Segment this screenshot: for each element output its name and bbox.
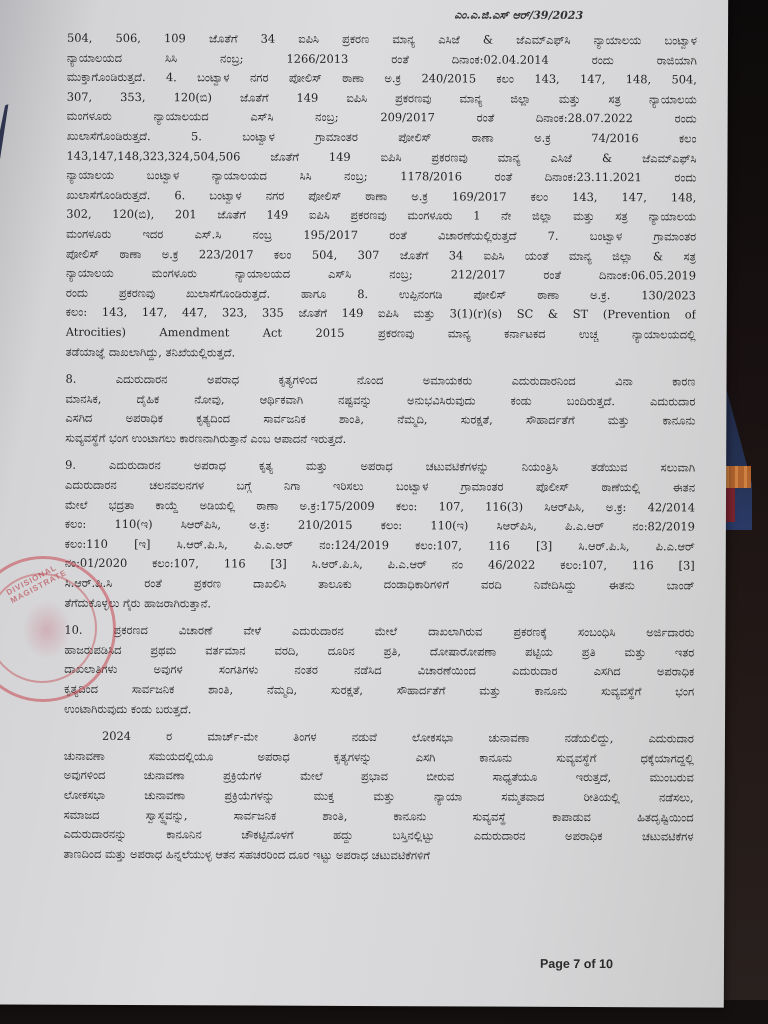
seal-emblem-icon [22, 600, 72, 660]
text-line: ಲೋಕಸಭಾ ಚುನಾವಣಾ ಪ್ರಕ್ರಿಯೆಗಳನ್ನು ಮುಕ್ತ ಮತ್… [64, 786, 694, 808]
text-line: ನ್ಯಾಯಾಲಯದ ಸಿಸಿ ನಂಬ್ರ; 1266/2013 ರಂತೆ ದಿನ… [67, 48, 697, 70]
text-line: ನ್ಯಾಯಾಲಯ ಬಂಟ್ವಾಳ ನ್ಯಾಯಾಲಯದ ಸಿಸಿ ನಂಬ್ರ; 1… [66, 166, 696, 188]
text-line: 8. ಎದುರುದಾರನ ಅಪರಾಧ ಕೃತ್ಯಗಳಿಂದ ನೊಂದ ಅಮಾಯಕ… [65, 370, 695, 392]
page-fold-shadow [0, 62, 14, 172]
text-line: ಕಲಂ: 143, 147, 447, 323, 335 ಜೊತೆಗೆ 149 … [66, 303, 696, 325]
text-line: ಮುಕ್ತಾಗೊಂಡಿರುತ್ತದೆ. 4. ಬಂಟ್ವಾಳ ನಗರ ಪೋಲಿಸ… [67, 68, 697, 90]
text-line: ಎದುರುದಾರನ ಚಲನವಲನಗಳ ಬಗ್ಗೆ ನಿಗಾ ಇರಿಸಲು ಬಂಟ… [65, 476, 695, 498]
text-line: ಅವುಗಳಿಂದ ಚುನಾವಣಾ ಪ್ರಕ್ರಿಯೆಗಳ ಮೇಲೆ ಪ್ರಭಾವ… [64, 766, 694, 788]
paragraph-9: 9. ಎದುರುದಾರನ ಅಪರಾಧ ಕೃತ್ಯ ಮತ್ತು ಅಪರಾಧ ಚಟು… [65, 456, 696, 615]
text-line: ನಂ:01/2020 ಕಲಂ:107, 116 [3] ಸಿ.ಆರ್.ಪಿ.ಸಿ… [65, 554, 695, 576]
text-line: 10. ಪ್ರಕರಣದ ವಿಚಾರಣೆ ವೇಳೆ ಎದುರುದಾರನ ಮೇಲೆ … [64, 621, 694, 643]
text-line: Atrocities) Amendment Act 2015 ಪ್ರಕರಣವು … [66, 323, 696, 345]
text-line: ಕೃತ್ಯದಿಂದ ಸಾರ್ವಜನಿಕ ಶಾಂತಿ, ನೆಮ್ಮದಿ, ಸುರಕ… [64, 680, 694, 702]
document-page: ಎಂ.ಎ.ಜಿ.ಎಸ್ ಆರ್/39/2023 504, 506, 109 ಜೊ… [0, 0, 728, 1008]
text-line: 2024 ರ ಮಾರ್ಚ್-ಮೇ ತಿಂಗಳ ನಡುವೆ ಲೋಕಸಭಾ ಚುನಾ… [64, 727, 694, 749]
text-line: ಸಿ.ಆರ್.ಪಿ.ಸಿ ರಂತೆ ಪ್ರಕರಣ ದಾಖಲಿಸಿ ತಾಲೂಕು … [65, 574, 695, 596]
paragraph-election: 2024 ರ ಮಾರ್ಚ್-ಮೇ ತಿಂಗಳ ನಡುವೆ ಲೋಕಸಭಾ ಚುನಾ… [63, 727, 694, 867]
text-line: ಉಂಟಾಗಿರುವುದು ಕಂಡು ಬರುತ್ತದೆ. [64, 699, 694, 721]
text-line: ರಂದು ಪ್ರಕರಣವು ಖುಲಾಸೆಗೊಂಡಿರುತ್ತದೆ. ಹಾಗೂ 8… [66, 283, 696, 305]
text-line: ಹಾಜರುಪಡಿಸಿದ ಪ್ರಥಮ ವರ್ತಮಾನ ವರದಿ, ದೂರಿನ ಪ್… [64, 641, 694, 663]
document-body: 504, 506, 109 ಜೊತೆಗೆ 34 ಐಪಿಸಿ ಪ್ರಕರಣ ಮಾನ… [63, 29, 697, 875]
case-reference-number: ಎಂ.ಎ.ಜಿ.ಎಸ್ ಆರ್/39/2023 [454, 8, 583, 23]
text-line: ಚುನಾವಣಾ ಸಮಯದಲ್ಲಿಯೂ ಅಪರಾಧ ಕೃತ್ಯಗಳನ್ನು ಎಸಗ… [64, 747, 694, 769]
text-line: ಮಂಗಳೂರು ಇದರ ಎಸ್.ಸಿ ನಂಬ್ರ 195/2017 ರಂತೆ ವ… [66, 225, 696, 247]
text-line: 504, 506, 109 ಜೊತೆಗೆ 34 ಐಪಿಸಿ ಪ್ರಕರಣ ಮಾನ… [67, 29, 697, 51]
text-line: 307, 353, 120(ಬಿ) ಜೊತೆಗೆ 149 ಐಪಿಸಿ ಪ್ರಕರ… [67, 88, 697, 110]
paragraph-10: 10. ಪ್ರಕರಣದ ವಿಚಾರಣೆ ವೇಳೆ ಎದುರುದಾರನ ಮೇಲೆ … [64, 621, 694, 722]
text-line: ತಾಣದಿಂದ ಮತ್ತು ಅಪರಾಧ ಹಿನ್ನಲೆಯುಳ್ಳ ಆತನ ಸಹಚ… [63, 844, 693, 866]
text-line: ಖುಲಾಸೆಗೊಂಡಿರುತ್ತದೆ. 6. ಬಂಟ್ವಾಳ ನಗರ ಪೋಲಿಸ… [66, 185, 696, 207]
text-line: ಖುಲಾಸೆಗೊಂಡಿರುತ್ತದೆ. 5. ಬಂಟ್ವಾಳ ಗ್ರಾಮಾಂತರ… [67, 127, 697, 149]
text-line: ದಾಖಲಾತಿಗಳು ಅವುಗಳ ಸಂಗತಿಗಳು ನಂತರ ನಡೆಸಿದ ವಿ… [64, 660, 694, 682]
text-line: 302, 120(ಬಿ), 201 ಜೊತೆಗೆ 149 ಐಪಿಸಿ ಪ್ರಕರ… [66, 205, 696, 227]
text-line: ಸುವ್ಯವಸ್ಥೆಗೆ ಭಂಗ ಉಂಟಾಗಲು ಕಾರಣನಾಗಿರುತ್ತಾನ… [65, 429, 695, 451]
page-number: Page 7 of 10 [540, 957, 613, 971]
text-line: ಸಮಾಜದ ಸ್ವಾಸ್ಥ್ಯವನ್ನು, ಸಾರ್ವಜನಿಕ ಶಾಂತಿ, ಕ… [64, 805, 694, 827]
text-line: ಎದುರುದಾರನನ್ನು ಕಾನೂನಿನ ಚೌಕಟ್ಟಿನೊಳಗೆ ಹದ್ದು… [63, 825, 693, 847]
text-line: ಮಂಗಳೂರು ನ್ಯಾಯಾಲಯದ ಎಸ್‌ಸಿ ನಂಬ್ರ; 209/2017… [67, 107, 697, 129]
paragraph-8: 8. ಎದುರುದಾರನ ಅಪರಾಧ ಕೃತ್ಯಗಳಿಂದ ನೊಂದ ಅಮಾಯಕ… [65, 370, 695, 451]
text-line: ಕಲಂ:110 [ಇ] ಸಿ.ಆರ್.ಪಿ.ಸಿ, ಪಿ.ಎ.ಆರ್ ನಂ:12… [65, 535, 695, 557]
text-line: ನ್ಯಾಯಾಲಯ ಮಂಗಳೂರು ನ್ಯಾಯಾಲಯದ ಎಸ್‌ಸಿ ನಂಬ್ರ;… [66, 264, 696, 286]
text-line: ತಡೆಯಾಜ್ಞೆ ದಾಖಲಾಗಿದ್ದು, ತನಿಖೆಯಲ್ಲಿರುತ್ತದೆ… [66, 342, 696, 364]
text-line: ಎಸಗಿದ ಅಪರಾಧಿಕ ಕೃತ್ಯದಿಂದ ಸಾರ್ವಜನಿಕ ಶಾಂತಿ,… [65, 409, 695, 431]
paragraph-continued: 504, 506, 109 ಜೊತೆಗೆ 34 ಐಪಿಸಿ ಪ್ರಕರಣ ಮಾನ… [66, 29, 697, 365]
text-line: ಮೇಲೆ ಭದ್ರತಾ ಕಾಯ್ದೆ ಅಡಿಯಲ್ಲಿ ಠಾಣಾ ಅ.ಕ್ರ:1… [65, 495, 695, 517]
text-line: ತೆಗೆದುಕೊಳ್ಳಲು ಗೈರು ಹಾಜರಾಗಿರುತ್ತಾನೆ. [65, 593, 695, 615]
text-line: 143,147,148,323,324,504,506 ಜೊತೆಗೆ 149 ಐ… [66, 146, 696, 168]
text-line: 9. ಎದುರುದಾರನ ಅಪರಾಧ ಕೃತ್ಯ ಮತ್ತು ಅಪರಾಧ ಚಟು… [65, 456, 695, 478]
text-line: ಮಾನಸಿಕ, ದೈಹಿಕ ನೋವು, ಆರ್ಥಿಕವಾಗಿ ನಷ್ಟವನ್ನು… [65, 389, 695, 411]
text-line: ಪೋಲಿಸ್ ಠಾಣಾ ಅ.ಕ್ರ 223/2017 ಕಲಂ 504, 307 … [66, 244, 696, 266]
text-line: ಕಲಂ: 110(ಇ) ಸಿಆರ್‌ಪಿಸಿ, ಅ.ಕ್ರ: 210/2015 … [65, 515, 695, 537]
